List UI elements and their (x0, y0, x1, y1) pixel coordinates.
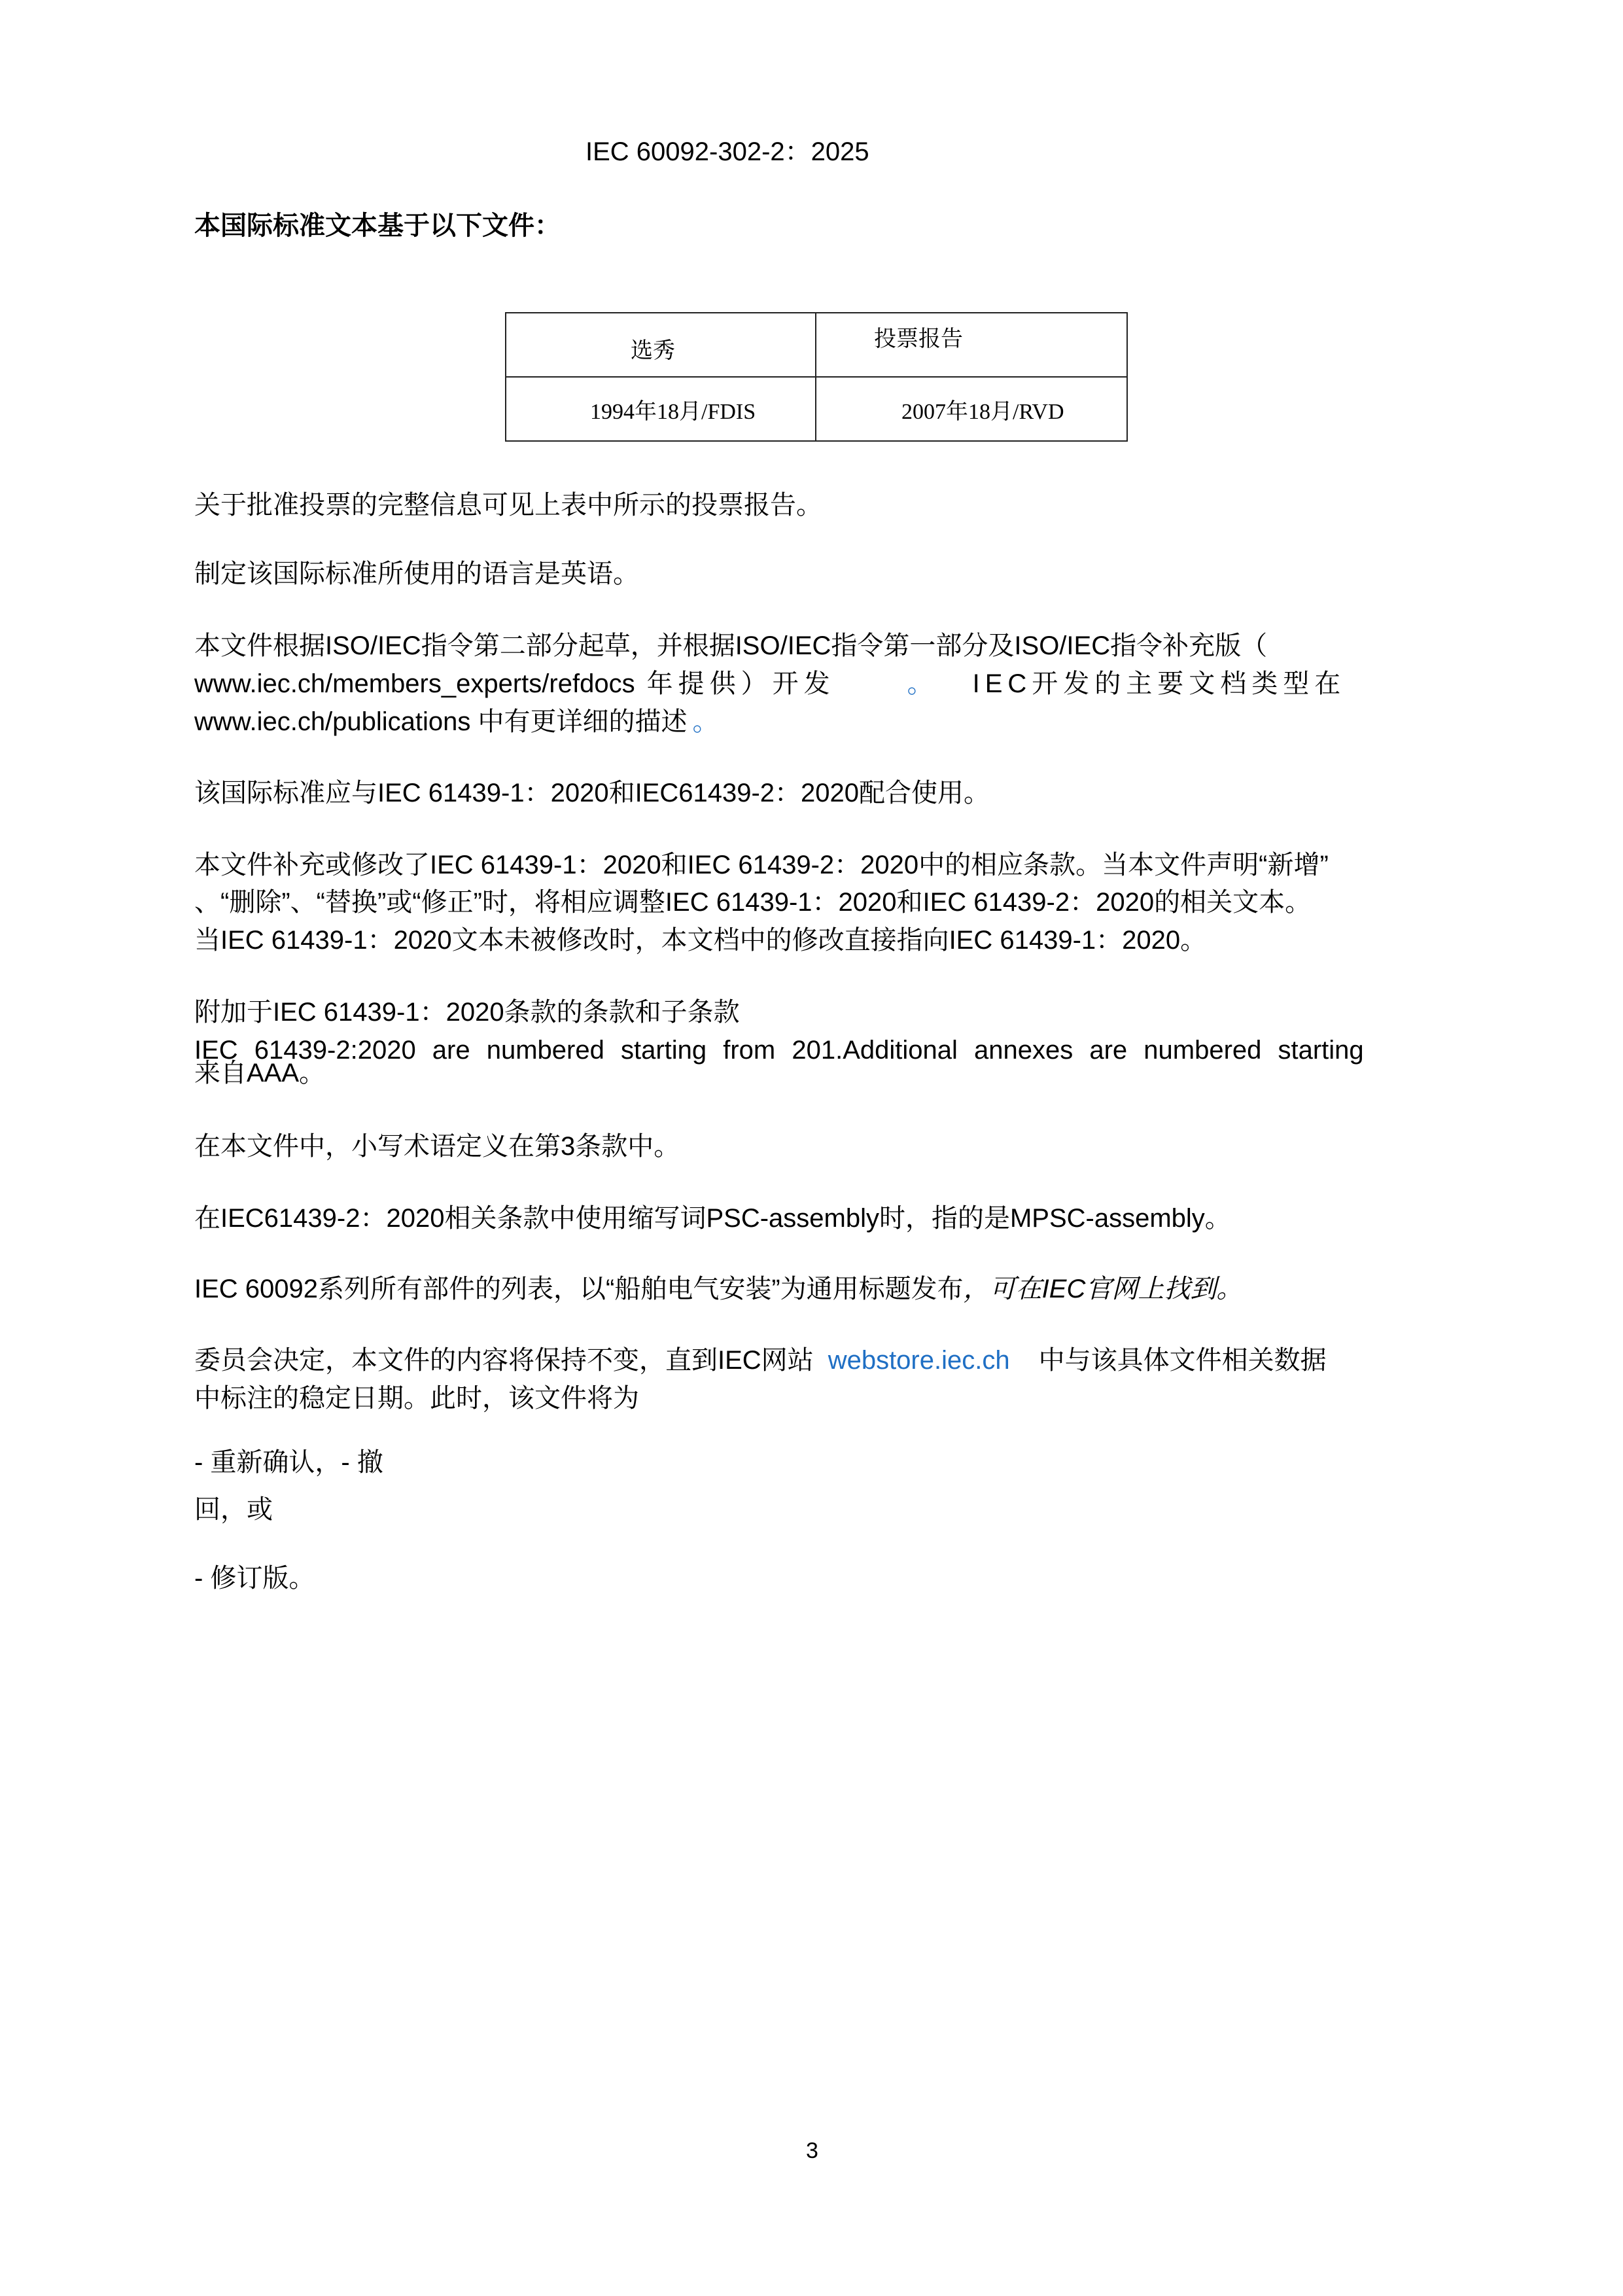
rvd-value: 2007年18月/RVD (816, 393, 1126, 425)
voting-table-cell: 2007年18月/RVD (816, 377, 1127, 441)
option-line-amend: - 修订版。 (194, 1557, 315, 1595)
link-period: 。 (907, 669, 934, 698)
use-with-paragraph: 该国际标准应与IEC 61439-1：2020和IEC61439-2：2020配… (194, 772, 990, 809)
intro-heading: 本国际标准文本基于以下文件： (194, 205, 561, 242)
header-report-label: 投票报告 (816, 321, 1126, 370)
drafting-text: 年提供）开发 (647, 669, 835, 698)
supplement-paragraph-line1: 本文件补充或修改了IEC 61439-1：2020和IEC 61439-2：20… (194, 844, 1329, 881)
numbering-paragraph-line2: IEC 61439-2:2020 are numbered starting f… (194, 1036, 1364, 1065)
option-line-or: 回，或 (194, 1489, 273, 1526)
voting-table-row: 1994年18月/FDIS 2007年18月/RVD (506, 377, 1127, 441)
publications-link-text[interactable]: www.iec.ch/publications 中有更详细的描述 (194, 707, 688, 736)
link-period: 。 (693, 707, 719, 736)
refdocs-link-text[interactable]: www.iec.ch/members_experts/refdocs (194, 669, 635, 698)
document-header-title: IEC 60092-302-2：2025 (585, 131, 869, 168)
series-text: IEC 60092系列所有部件的列表，以“船舶电气安装”为通用标题发布 (194, 1275, 964, 1303)
voting-table-cell: 1994年18月/FDIS (506, 377, 816, 441)
voting-table-header-cell: 选秀 (506, 313, 816, 377)
supplement-paragraph-line3: 当IEC 61439-1：2020文本未被修改时，本文档中的修改直接指向IEC … (194, 919, 1206, 957)
series-italic-text: ，可在IEC官网上找到。 (964, 1275, 1243, 1303)
committee-paragraph-line2: 中标注的稳定日期。此时，该文件将为 (194, 1377, 639, 1415)
numbering-paragraph-line3: 来自AAA。 (194, 1052, 325, 1089)
terms-paragraph: 在本文件中，小写术语定义在第3条款中。 (194, 1125, 680, 1163)
option-line-reconfirm-withdraw: - 重新确认，- 撤 (194, 1441, 383, 1479)
committee-paragraph-line1: 委员会决定，本文件的内容将保持不变，直到IEC网站webstore.iec.ch… (194, 1339, 1327, 1377)
header-fdis-label: 选秀 (506, 326, 815, 364)
drafting-paragraph-line2: www.iec.ch/members_experts/refdocs年提供）开发… (194, 663, 1346, 700)
page-number: 3 (806, 2138, 818, 2164)
voting-table-header-cell: 投票报告 (816, 313, 1127, 377)
supplement-paragraph-line2: 、“删除”、“替换”或“修正”时，将相应调整IEC 61439-1：2020和I… (194, 881, 1311, 919)
numbering-paragraph-line1: 附加于IEC 61439-1：2020条款的条款和子条款 (194, 991, 740, 1029)
drafting-text: IEC开发的主要文档类型在 (973, 669, 1346, 698)
drafting-paragraph-line1: 本文件根据ISO/IEC指令第二部分起草，并根据ISO/IEC指令第一部分及IS… (194, 625, 1267, 662)
language-paragraph: 制定该国际标准所使用的语言是英语。 (194, 553, 639, 590)
abbreviation-paragraph: 在IEC61439-2：2020相关条款中使用缩写词PSC-assembly时，… (194, 1197, 1231, 1235)
webstore-link[interactable]: webstore.iec.ch (828, 1346, 1010, 1375)
voting-table-header-row: 选秀 投票报告 (506, 313, 1127, 377)
committee-text: 委员会决定，本文件的内容将保持不变，直到IEC网站 (194, 1346, 814, 1375)
committee-text: 中与该具体文件相关数据 (1039, 1346, 1327, 1375)
approval-info-paragraph: 关于批准投票的完整信息可见上表中所示的投票报告。 (194, 484, 822, 521)
voting-table: 选秀 投票报告 1994年18月/FDIS 2007年18月/RVD (505, 312, 1128, 442)
fdis-value: 1994年18月/FDIS (506, 393, 815, 425)
series-paragraph: IEC 60092系列所有部件的列表，以“船舶电气安装”为通用标题发布，可在IE… (194, 1268, 1242, 1305)
drafting-paragraph-line3: www.iec.ch/publications 中有更详细的描述。 (194, 701, 719, 738)
